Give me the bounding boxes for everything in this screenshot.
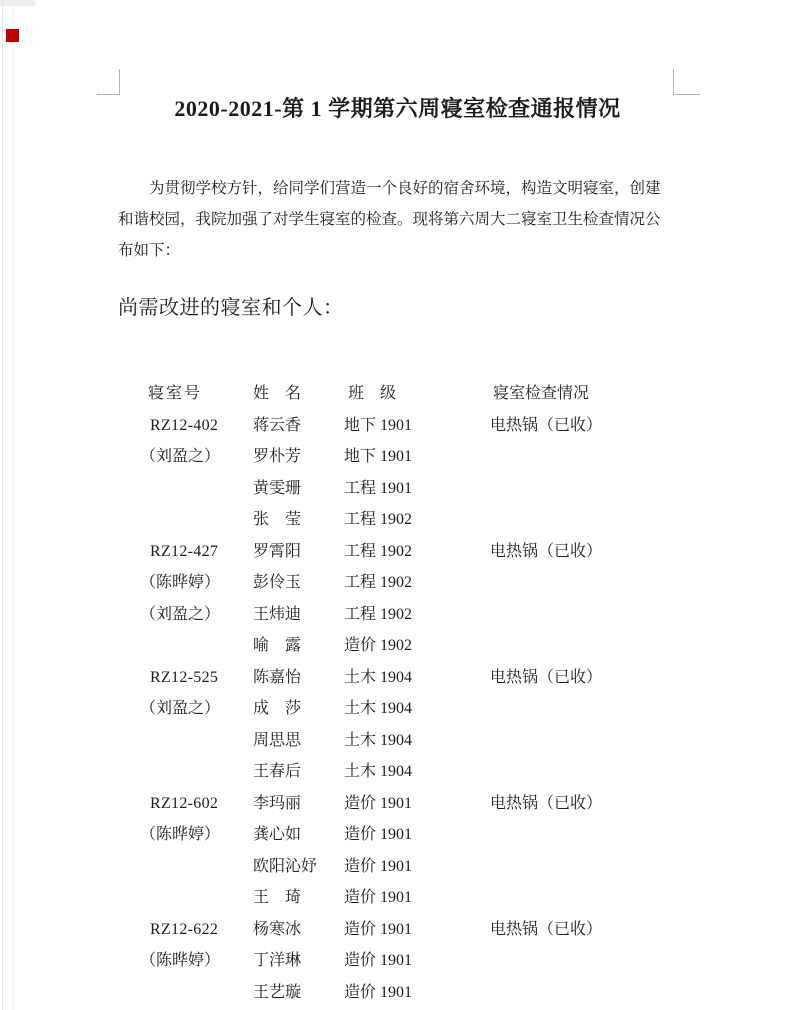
inspection-table: 寝室号 姓 名 班 级 寝室检查情况 RZ12-402 蒋云香 地下 1901 … xyxy=(0,378,793,1008)
cell-inspection-result: 电热锅（已收） xyxy=(490,914,690,946)
cell-student-name: 张 莹 xyxy=(253,504,353,536)
cell-class: 土木 1904 xyxy=(344,693,474,725)
cell-class: 土木 1904 xyxy=(344,725,474,757)
cell-class: 造价 1901 xyxy=(344,977,474,1009)
header-class: 班 级 xyxy=(344,378,474,410)
text-boundary-mark-right xyxy=(673,69,700,95)
cell-student-name: 黄雯珊 xyxy=(253,473,353,505)
red-marker-icon xyxy=(6,29,19,42)
cell-room-number: （陈晔婷） xyxy=(140,945,250,977)
cell-class: 工程 1902 xyxy=(344,599,474,631)
cell-class: 工程 1901 xyxy=(344,473,474,505)
inspection-table-body: RZ12-402 蒋云香 地下 1901 电热锅（已收） （刘盈之） 罗朴芳 地… xyxy=(0,410,793,1009)
cell-student-name: 陈嘉怡 xyxy=(253,662,353,694)
table-row: RZ12-525 陈嘉怡 土木 1904 电热锅（已收） xyxy=(0,662,793,694)
cell-inspection-result: 电热锅（已收） xyxy=(490,410,690,442)
table-row: 喻 露 造价 1902 xyxy=(0,630,793,662)
cell-class: 造价 1901 xyxy=(344,914,474,946)
cell-student-name: 周思思 xyxy=(253,725,353,757)
cell-student-name: 王 琦 xyxy=(253,882,353,914)
intro-paragraph: 为贯彻学校方针，给同学们营造一个良好的宿舍环境，构造文明寝室，创建 和谐校园，我… xyxy=(118,173,680,266)
cell-student-name: 罗朴芳 xyxy=(253,441,353,473)
cell-class: 土木 1904 xyxy=(344,756,474,788)
cell-inspection-result: 电热锅（已收） xyxy=(490,788,690,820)
cell-class: 造价 1901 xyxy=(344,788,474,820)
cell-class: 工程 1902 xyxy=(344,567,474,599)
table-row: 王春后 土木 1904 xyxy=(0,756,793,788)
document-page: { "document": { "title": "2020-2021-第 1 … xyxy=(0,0,793,1010)
cell-student-name: 彭伶玉 xyxy=(253,567,353,599)
table-header-row: 寝室号 姓 名 班 级 寝室检查情况 xyxy=(0,378,793,410)
cell-class: 造价 1901 xyxy=(344,945,474,977)
cell-inspection-result: 电热锅（已收） xyxy=(490,662,690,694)
table-row: （刘盈之） 罗朴芳 地下 1901 xyxy=(0,441,793,473)
cell-room-number: RZ12-622 xyxy=(140,914,250,946)
table-row: RZ12-402 蒋云香 地下 1901 电热锅（已收） xyxy=(0,410,793,442)
table-row: （刘盈之） 成 莎 土木 1904 xyxy=(0,693,793,725)
cell-room-number: （刘盈之） xyxy=(140,693,250,725)
cell-class: 造价 1901 xyxy=(344,851,474,883)
cell-class: 土木 1904 xyxy=(344,662,474,694)
intro-line: 为贯彻学校方针，给同学们营造一个良好的宿舍环境，构造文明寝室，创建 xyxy=(118,173,680,204)
table-row: 周思思 土木 1904 xyxy=(0,725,793,757)
cell-student-name: 喻 露 xyxy=(253,630,353,662)
cell-student-name: 成 莎 xyxy=(253,693,353,725)
cell-student-name: 丁洋琳 xyxy=(253,945,353,977)
table-row: 黄雯珊 工程 1901 xyxy=(0,473,793,505)
table-row: （陈晔婷） 彭伶玉 工程 1902 xyxy=(0,567,793,599)
table-row: 王艺璇 造价 1901 xyxy=(0,977,793,1009)
table-row: 张 莹 工程 1902 xyxy=(0,504,793,536)
cell-room-number: （陈晔婷） xyxy=(140,567,250,599)
header-room: 寝室号 xyxy=(140,378,250,410)
cell-room-number: RZ12-602 xyxy=(140,788,250,820)
cell-student-name: 欧阳沁妤 xyxy=(253,851,353,883)
table-row: RZ12-602 李玛丽 造价 1901 电热锅（已收） xyxy=(0,788,793,820)
cell-class: 造价 1901 xyxy=(344,882,474,914)
cell-student-name: 龚心如 xyxy=(253,819,353,851)
table-row: 欧阳沁妤 造价 1901 xyxy=(0,851,793,883)
window-corner-shade xyxy=(0,0,35,6)
cell-room-number: RZ12-402 xyxy=(140,410,250,442)
cell-student-name: 王春后 xyxy=(253,756,353,788)
cell-class: 工程 1902 xyxy=(344,536,474,568)
cell-student-name: 王艺璇 xyxy=(253,977,353,1009)
table-row: 王 琦 造价 1901 xyxy=(0,882,793,914)
cell-class: 地下 1901 xyxy=(344,441,474,473)
cell-room-number: （陈晔婷） xyxy=(140,819,250,851)
text-boundary-mark-left xyxy=(97,69,120,95)
intro-line: 布如下： xyxy=(118,235,680,266)
cell-class: 工程 1902 xyxy=(344,504,474,536)
header-name: 姓 名 xyxy=(253,378,353,410)
cell-class: 地下 1901 xyxy=(344,410,474,442)
cell-student-name: 王炜迪 xyxy=(253,599,353,631)
table-row: （陈晔婷） 龚心如 造价 1901 xyxy=(0,819,793,851)
cell-student-name: 罗霄阳 xyxy=(253,536,353,568)
intro-line: 和谐校园，我院加强了对学生寝室的检查。现将第六周大二寝室卫生检查情况公 xyxy=(118,204,680,235)
table-row: （陈晔婷） 丁洋琳 造价 1901 xyxy=(0,945,793,977)
cell-room-number: （刘盈之） xyxy=(140,599,250,631)
cell-inspection-result: 电热锅（已收） xyxy=(490,536,690,568)
cell-room-number: RZ12-427 xyxy=(140,536,250,568)
table-row: RZ12-427 罗霄阳 工程 1902 电热锅（已收） xyxy=(0,536,793,568)
page-title: 2020-2021-第 1 学期第六周寝室检查通报情况 xyxy=(118,92,677,126)
cell-class: 造价 1902 xyxy=(344,630,474,662)
cell-class: 造价 1901 xyxy=(344,819,474,851)
table-row: （刘盈之） 王炜迪 工程 1902 xyxy=(0,599,793,631)
cell-student-name: 蒋云香 xyxy=(253,410,353,442)
cell-student-name: 杨寒冰 xyxy=(253,914,353,946)
cell-room-number: （刘盈之） xyxy=(140,441,250,473)
cell-student-name: 李玛丽 xyxy=(253,788,353,820)
table-row: RZ12-622 杨寒冰 造价 1901 电热锅（已收） xyxy=(0,914,793,946)
header-inspection: 寝室检查情况 xyxy=(490,378,690,410)
cell-room-number: RZ12-525 xyxy=(140,662,250,694)
section-heading: 尚需改进的寝室和个人： xyxy=(118,293,344,323)
